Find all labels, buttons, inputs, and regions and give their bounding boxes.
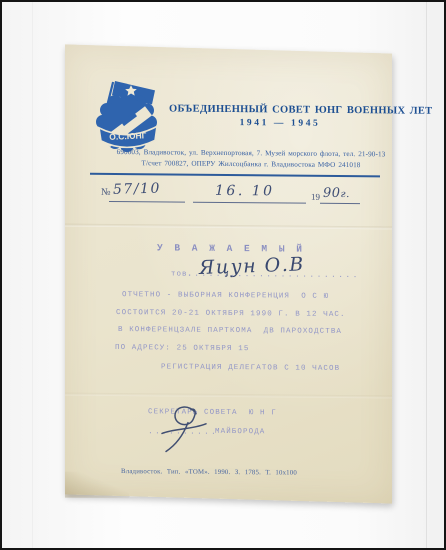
paper-fold-crease [65,393,392,399]
body-line: ПО АДРЕСУ: 25 ОКТЯБРЯ 15 [115,344,249,353]
address-line: Т/счет 700827, ОПЕРУ Жилсоцбанка г. Влад… [105,158,397,172]
ref-year-handwritten: 90г. [323,186,350,201]
organization-title: ОБЪЕДИНЕННЫЙ СОВЕТ ЮНГ ВОЕННЫХ ЛЕТ [169,103,391,116]
badge-banner-text: О.С.ЮНГ [109,130,147,142]
ref-year-underline [320,203,360,204]
salutation: У В А Ж А Е М Ы Й [157,242,305,254]
paper-fold-crease [65,224,392,230]
addressee-name-handwritten: Яцун О.В [199,253,306,279]
letterhead-address: 690003, Владивосток, ул. Верхнепортовая,… [105,147,397,172]
scanned-letter-page: О.С.ЮНГ ОБЪЕДИНЕННЫЙ СОВЕТ ЮНГ ВОЕННЫХ Л… [0,0,446,550]
secretary-surname: МАЙБОРОДА [215,428,265,436]
ref-year-prefix: 19 [311,192,320,202]
print-shop-imprint: Владивосток. Тип. «ТОМ». 1990. З. 1785. … [121,468,351,477]
body-line: РЕГИСТРАЦИЯ ДЕЛЕГАТОВ С 10 ЧАСОВ [161,363,340,373]
scanner-streak [426,2,427,548]
letter-content: О.С.ЮНГ ОБЪЕДИНЕННЫЙ СОВЕТ ЮНГ ВОЕННЫХ Л… [65,48,392,501]
ref-number-handwritten: 57/10 [113,181,161,198]
handwritten-signature-icon [158,400,216,459]
organization-years: 1941 — 1945 [169,117,391,129]
scanner-streak [32,2,33,548]
letterhead-rule [90,173,380,178]
ref-number-label: № [101,187,111,198]
ref-date-handwritten: 16. 10 [215,183,275,200]
ref-date-underline [193,202,306,204]
letter-paper: О.С.ЮНГ ОБЪЕДИНЕННЫЙ СОВЕТ ЮНГ ВОЕННЫХ Л… [65,44,392,503]
ref-number-underline [109,201,185,203]
body-line: СОСТОИТСЯ 20-21 ОКТЯБРЯ 1990 Г. В 12 ЧАС… [116,309,346,319]
body-line: ОТЧЕТНО - ВЫБОРНАЯ КОНФЕРЕНЦИЯ О С Ю [122,291,329,301]
body-line: В КОНФЕРЕНЦЗАЛЕ ПАРТКОМА ДВ ПАРОХОДСТВА [118,326,342,336]
corner-fold-shadow [65,472,129,499]
